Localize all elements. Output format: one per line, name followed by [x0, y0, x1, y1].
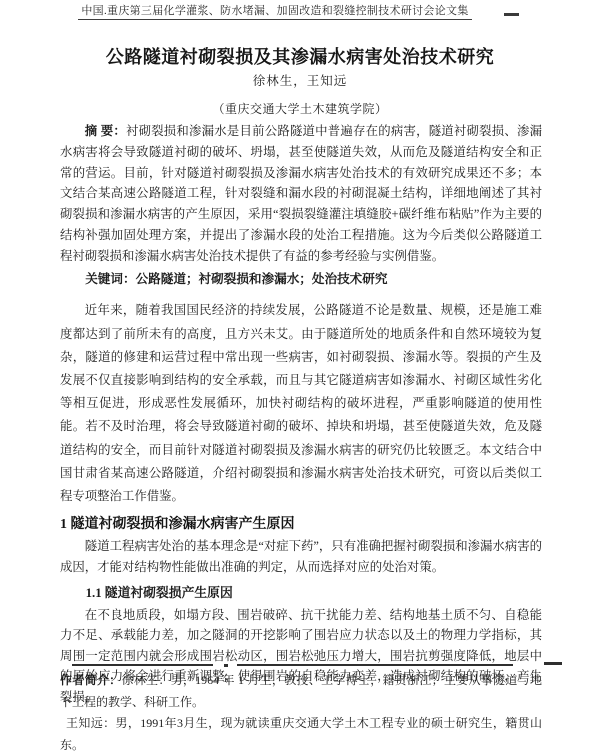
- footnote-divider: [0, 664, 600, 668]
- footnote-author2: 王知远：男，1991年3月生，现为就读重庆交通大学土木工程专业的硕士研究生，籍贯…: [60, 713, 542, 751]
- proceedings-header: 中国.重庆第三届化学灌浆、防水堵漏、加固改造和裂缝控制技术研讨会论文集: [78, 2, 472, 20]
- footnote-author1-text: 徐林生：男，1964 年 1 月生，教授、工学博士，籍贯浙江；主要从事隧道与地下…: [60, 673, 542, 709]
- abstract-text: 衬砌裂损和渗漏水是目前公路隧道中普遍存在的病害，隧道衬砌裂损、渗漏水病害将会导致…: [60, 124, 542, 263]
- footnote-author1: 作者简介：徐林生：男，1964 年 1 月生，教授、工学博士，籍贯浙江；主要从事…: [60, 670, 542, 713]
- author-bio-footnote: 作者简介：徐林生：男，1964 年 1 月生，教授、工学博士，籍贯浙江；主要从事…: [60, 670, 542, 751]
- keywords-text: 公路隧道；衬砌裂损和渗漏水；处治技术研究: [136, 272, 388, 286]
- body-content: 摘 要：衬砌裂损和渗漏水是目前公路隧道中普遍存在的病害，隧道衬砌裂损、渗漏水病害…: [60, 121, 542, 707]
- divider-segment-left: [72, 664, 213, 666]
- page-title: 公路隧道衬砌裂损及其渗漏水病害处治技术研究: [0, 43, 600, 69]
- paper-page: 中国.重庆第三届化学灌浆、防水堵漏、加固改造和裂缝控制技术研讨会论文集 公路隧道…: [0, 0, 600, 751]
- section-1-heading: 1 隧道衬砌裂损和渗漏水病害产生原因: [60, 514, 542, 535]
- abstract-paragraph: 摘 要：衬砌裂损和渗漏水是目前公路隧道中普遍存在的病害，隧道衬砌裂损、渗漏水病害…: [60, 121, 542, 267]
- intro-paragraph: 近年来，随着我国国民经济的持续发展，公路隧道不论是数量、规模，还是施工难度都达到…: [60, 299, 542, 508]
- footnote-label: 作者简介：: [60, 673, 121, 687]
- header-dash-mark: [504, 13, 519, 16]
- divider-dash-right: [544, 662, 562, 665]
- divider-dot: [224, 664, 228, 667]
- keywords-label: 关键词：: [85, 272, 135, 286]
- divider-segment-right: [237, 664, 513, 666]
- keywords-line: 关键词：公路隧道；衬砌裂损和渗漏水；处治技术研究: [60, 269, 542, 290]
- section-1-paragraph: 隧道工程病害处治的基本理念是“对症下药”，只有准确把握衬砌裂损和渗漏水病害的成因…: [60, 536, 542, 578]
- abstract-label: 摘 要：: [85, 124, 126, 138]
- section-1-1-heading: 1.1 隧道衬砌裂损产生原因: [60, 583, 542, 604]
- authors-line: 徐林生，王知远: [0, 71, 600, 89]
- affiliation-line: （重庆交通大学土木建筑学院）: [0, 100, 600, 117]
